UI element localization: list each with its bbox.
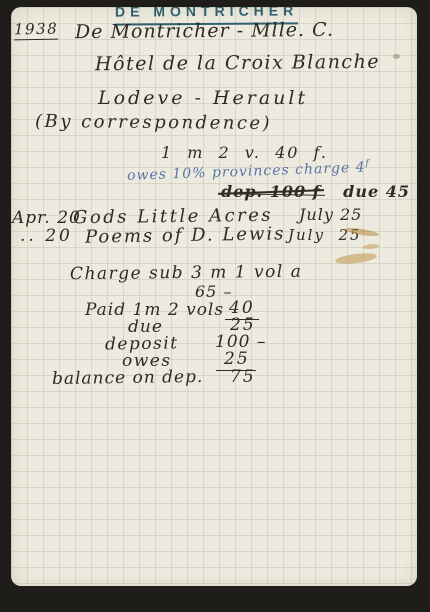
correspondence-note: (By correspondence) bbox=[35, 111, 272, 134]
library-card: DE MONTRICHER 1938 De Montricher - Mlle.… bbox=[11, 7, 417, 586]
loan-date: .. 20 bbox=[20, 226, 73, 246]
account-label: balance on dep. bbox=[52, 367, 204, 389]
struck-deposit: dep. 100 f bbox=[221, 182, 321, 201]
loan-date: Apr. 20 bbox=[12, 208, 81, 228]
account-amount: 75 bbox=[230, 367, 256, 387]
patron-name: De Montricher - Mlle. C. bbox=[75, 19, 334, 43]
surcharge-text: owes 10% provinces charge 4 bbox=[127, 160, 366, 184]
stain-mark bbox=[335, 251, 378, 265]
loan-title: Poems of D. Lewis bbox=[85, 223, 286, 247]
address-line-1: Hôtel de la Croix Blanche bbox=[95, 51, 380, 75]
provinces-surcharge-note: owes 10% provinces charge 4f bbox=[127, 159, 370, 184]
loan-returned: July 25 bbox=[299, 205, 362, 224]
year-label: 1938 bbox=[14, 20, 59, 41]
stain-mark bbox=[363, 243, 379, 249]
stain-mark bbox=[393, 54, 400, 59]
subscription-terms: 1 m 2 v. 40 f. bbox=[161, 143, 328, 162]
charge-line-label: Charge sub 3 m 1 vol a bbox=[70, 262, 303, 284]
address-line-2: Lodeve - Herault bbox=[98, 87, 308, 109]
photo-backdrop: DE MONTRICHER 1938 De Montricher - Mlle.… bbox=[0, 0, 430, 612]
surcharge-superscript: f bbox=[365, 159, 370, 169]
due-amount-note: due 45 bbox=[343, 182, 410, 201]
